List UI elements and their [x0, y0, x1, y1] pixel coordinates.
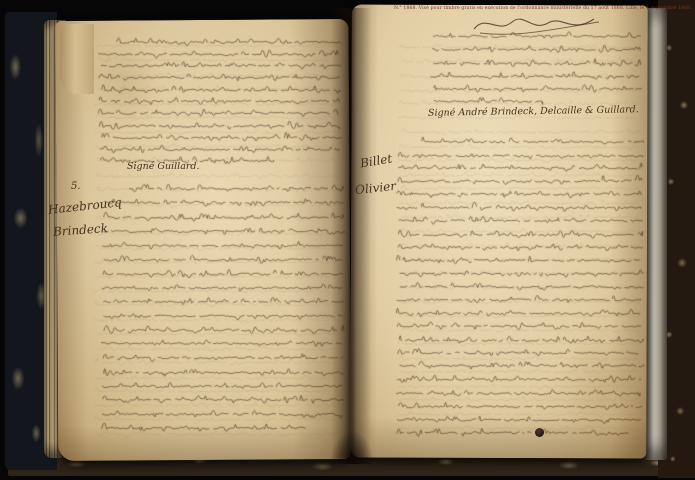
handwriting-canvas: [0, 0, 695, 480]
left-page-signature-line: Signé Guillard.: [127, 161, 200, 172]
book-photo: N.° 1868. Visé pour timbre gratis en exé…: [0, 0, 695, 480]
ink-dot: [535, 428, 544, 437]
signature-flourish: [472, 12, 602, 36]
printed-stamp-line: N.° 1868. Visé pour timbre gratis en exé…: [394, 5, 625, 10]
margin-entry-number: 5.: [71, 181, 81, 192]
